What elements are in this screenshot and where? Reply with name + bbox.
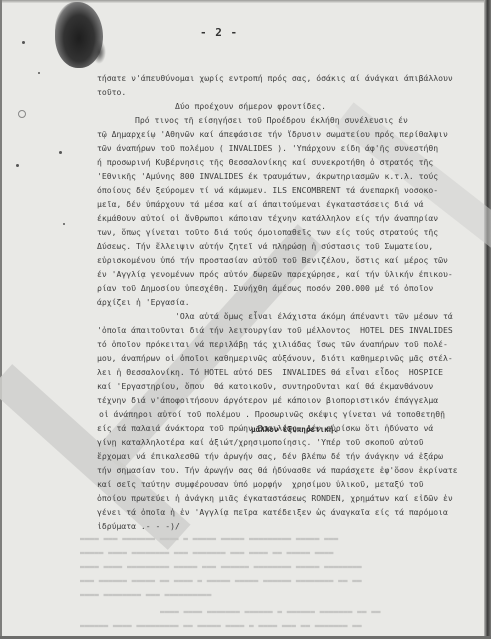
text-line: 'Εθνικῆς 'Αμύνης 800 INVALIDES έκ τραυμά… — [97, 170, 438, 184]
text-line: μεῖα, δέν ὑπάρχουν τά μέσα καί αί άπαιτο… — [97, 198, 423, 212]
text-line: έν 'Αγγλίᾳ γενομένων πρός αὐτόν δωρεῶν π… — [97, 268, 453, 282]
text-line: 'ὁποῖα άπαιτοῦνται διά τήν λειτουργίαν τ… — [97, 324, 453, 338]
page-number: - 2 - — [200, 26, 238, 39]
text-line: μου, άναπήρων οἱ ὁποῖοι καθημερινῶς αὐξά… — [97, 352, 453, 366]
handwritten-insert: μᾶλλον ἐξυπηρετική. — [251, 425, 338, 434]
text-line: τό ὁποῖον πρόκειται νά περιλάβῃ τάς χιλι… — [97, 338, 448, 352]
speck — [38, 72, 40, 74]
text-line: όποίους δέν ξεύρομεν τί νά κάμωμεν. ILS … — [97, 184, 438, 198]
text-line: τήσατε ν'άπευθύνομαι χωρίς εντροπή πρός … — [97, 72, 453, 86]
text-line: έκμάθουν αὐτοί οἱ ἄνθρωποι κάποιαν τέχνη… — [97, 212, 438, 226]
text-line: τέχνην διά ν'άποφοιτήσουν άργότερον μέ κ… — [97, 394, 438, 408]
text-line: άρχίζει ἡ 'Εργασία. — [97, 296, 190, 310]
text-line: ρίαν τοῦ Δημοσίου ὑπεσχέθη. Συνήχθη άμέσ… — [97, 282, 433, 296]
speck — [18, 110, 26, 118]
text-line: Πρό τινος τῆ είσηγήσει τοῦ Προέδρου έκλή… — [135, 114, 408, 128]
text-line: ἱδρύματα .- - -)/ — [97, 520, 180, 534]
text-line: Δύο προέχουν σήμερον φροντίδες. — [175, 100, 326, 114]
text-line: ἔρχομαι νά έπικαλεσθῶ τήν ἀρωγήν σας, δέ… — [97, 450, 443, 464]
text-line: καί σεῖς ταύτην συμφέρουσαν ὑπό μορφήν χ… — [97, 478, 423, 492]
document-page: ▬▬▬▬ ▬▬▬ ▬▬▬▬▬▬▬ ▬▬▬▬ ▬ ▬▬▬▬▬ ▬▬▬▬▬ ▬▬▬▬… — [0, 0, 491, 639]
text-line: ὁποίου πρωτεύει ἡ ἀνάγκη μιᾶς έγκαταστάσ… — [97, 492, 453, 506]
text-line: τήν σημασίαν του. Τήν ἀρωγήν σας θά ἠδύν… — [97, 464, 458, 478]
text-line: γένει τά ὁποῖα ἡ ἐν 'Αγγλίᾳ πεῖρα κατέδε… — [97, 506, 448, 520]
text-line: ή προσωρινή Κυβέρνησις τῆς Θεσσαλονίκης … — [97, 156, 433, 170]
text-line: οἱ άνάπηροι αὐτοί τοῦ πολέμου . Προσωριν… — [99, 408, 445, 422]
speck — [63, 223, 65, 225]
text-line: τῷ Δημαρχείῳ 'Αθηνῶν καί άπεφάσισε τήν ἵ… — [97, 128, 448, 142]
text-line: 'Ολα αὐτά ὅμως εἶναι έλάχιστα άκόμη άπέν… — [175, 310, 453, 324]
text-line: τοῦτο. — [97, 86, 126, 100]
text-line: γίνῃ καταλληλοτέρα καί ἀξιώτ/χρησιμοποίη… — [97, 436, 423, 450]
text-line: Δύσεως. Τήν ἔλλειψιν αὐτήν ζητεῖ νά πληρ… — [97, 240, 433, 254]
speck — [59, 151, 62, 154]
text-line: των, ὅπως γίνεται τοῦτο διά τούς όμοιοπα… — [97, 226, 438, 240]
text-line: εὑρισκομένου ὑπό τήν προστασίαν αὐτοῦ το… — [97, 254, 448, 268]
speck — [16, 164, 19, 167]
text-line: καί 'Εργαστηρίου, ὅπου θά κατοικοῦν, συν… — [97, 380, 433, 394]
text-line: λει ἡ Θεσσαλονίκη. Τό HOTEL αὐτό DES INV… — [97, 366, 443, 380]
text-line: τῶν άναπήρων τοῦ πολέμου ( INVALIDES ). … — [97, 142, 438, 156]
speck — [22, 41, 25, 44]
ink-blot — [92, 40, 106, 64]
